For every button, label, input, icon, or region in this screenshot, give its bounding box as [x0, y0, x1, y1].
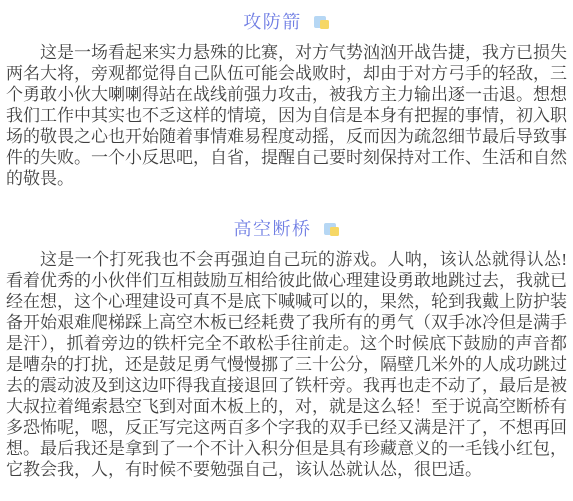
section-paragraph: 这是一场看起来实力悬殊的比赛，对方气势汹汹开战告捷，我方已损失两名大将，旁观都觉… — [6, 42, 567, 189]
article-page: 攻防箭 这是一场看起来实力悬殊的比赛，对方气势汹汹开战告捷，我方已损失两名大将，… — [0, 0, 573, 501]
section-gongfangjian: 攻防箭 这是一场看起来实力悬殊的比赛，对方气势汹汹开战告捷，我方已损失两名大将，… — [6, 10, 567, 189]
overlap-squares-icon — [324, 222, 340, 237]
section-paragraph: 这是一个打死我也不会再强迫自己玩的游戏。人呐，该认怂就得认怂!看着优秀的小伙伴们… — [6, 249, 567, 480]
icon-front-square — [330, 227, 339, 236]
overlap-squares-icon — [314, 15, 330, 30]
section-title: 高空断桥 — [6, 217, 567, 241]
section-title-text: 高空断桥 — [234, 217, 312, 241]
section-title: 攻防箭 — [6, 10, 567, 34]
section-title-text: 攻防箭 — [243, 10, 302, 34]
section-gaokongduanqiao: 高空断桥 这是一个打死我也不会再强迫自己玩的游戏。人呐，该认怂就得认怂!看着优秀… — [6, 217, 567, 480]
icon-front-square — [320, 20, 329, 29]
